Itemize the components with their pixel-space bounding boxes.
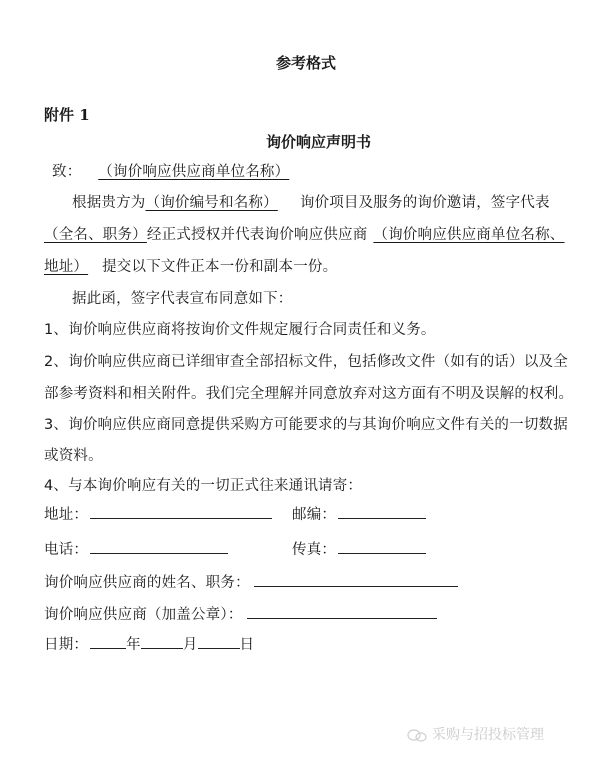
intro-text: 询价项目及服务的询价邀请，签字代表: [300, 195, 550, 211]
month-label: 月: [183, 637, 198, 653]
reference-format-heading: 参考格式: [276, 52, 336, 73]
year-blank[interactable]: [90, 634, 126, 649]
year-label: 年: [126, 637, 141, 653]
supplier-address-placeholder: （询价响应供应商单位名称、: [367, 227, 564, 243]
day-label: 日: [240, 637, 255, 653]
address-placeholder: 地址）: [44, 259, 102, 275]
item-3-cont: 或资料。: [44, 444, 103, 465]
address-blank[interactable]: [90, 504, 272, 519]
item-4: 4、与本询价响应有关的一切正式往来通讯请寄：: [44, 474, 362, 495]
intro-line-3: 地址）提交以下文件正本一份和副本一份。: [44, 255, 337, 276]
fax-field: 传真：: [292, 538, 426, 559]
attachment-label: 附件 1: [44, 104, 90, 125]
intro-text: 提交以下文件正本一份和副本一份。: [102, 259, 337, 275]
phone-label: 电话：: [44, 542, 88, 558]
name-title-blank[interactable]: [254, 572, 458, 587]
date-field: 日期：年月日: [44, 633, 254, 654]
postcode-field: 邮编：: [292, 503, 426, 524]
seal-blank[interactable]: [247, 604, 437, 619]
recipient-label: 致：: [52, 164, 81, 180]
name-title-label: 询价响应供应商的姓名、职务：: [44, 575, 250, 591]
postcode-label: 邮编：: [292, 507, 336, 523]
month-blank[interactable]: [141, 634, 183, 649]
seal-field: 询价响应供应商（加盖公章）：: [44, 603, 437, 624]
watermark: 采购与招投标管理: [406, 724, 544, 744]
wechat-logo-icon: [406, 728, 428, 742]
item-1: 1、询价响应供应商将按询价文件规定履行合同责任和义务。: [44, 318, 436, 339]
item-3: 3、询价响应供应商同意提供采购方可能要求的与其询价响应文件有关的一切数据: [44, 413, 568, 434]
postcode-blank[interactable]: [338, 504, 426, 519]
fax-label: 传真：: [292, 542, 336, 558]
address-field: 地址：: [44, 503, 272, 524]
seal-label: 询价响应供应商（加盖公章）：: [44, 607, 243, 623]
date-label: 日期：: [44, 637, 88, 653]
fax-blank[interactable]: [338, 539, 426, 554]
phone-field: 电话：: [44, 538, 228, 559]
declaration-line: 据此函，签字代表宣布同意如下：: [72, 287, 293, 308]
signatory-placeholder: （全名、职务）: [44, 227, 147, 243]
watermark-text: 采购与招投标管理: [432, 727, 544, 743]
address-label: 地址：: [44, 507, 88, 523]
item-2: 2、询价响应供应商已详细审查全部招标文件，包括修改文件（如有的话）以及全: [44, 350, 568, 371]
day-blank[interactable]: [198, 634, 240, 649]
intro-line-2: （全名、职务）经正式授权并代表询价响应供应商（询价响应供应商单位名称、: [44, 223, 565, 244]
phone-blank[interactable]: [90, 539, 228, 554]
intro-text: 经正式授权并代表询价响应供应商: [147, 227, 368, 243]
inquiry-number-placeholder: （询价编号和名称）: [146, 195, 300, 211]
recipient-line: 致： （询价响应供应商单位名称）: [52, 160, 307, 181]
item-2-cont: 部参考资料和相关附件。我们完全理解并同意放弃对这方面有不明及误解的权利。: [44, 382, 573, 403]
name-title-field: 询价响应供应商的姓名、职务：: [44, 571, 458, 592]
recipient-placeholder: （询价响应供应商单位名称）: [86, 164, 307, 180]
document-title: 询价响应声明书: [266, 131, 371, 152]
intro-text: 根据贵方为: [72, 195, 146, 211]
intro-line-1: 根据贵方为（询价编号和名称）询价项目及服务的询价邀请，签字代表: [72, 191, 550, 212]
